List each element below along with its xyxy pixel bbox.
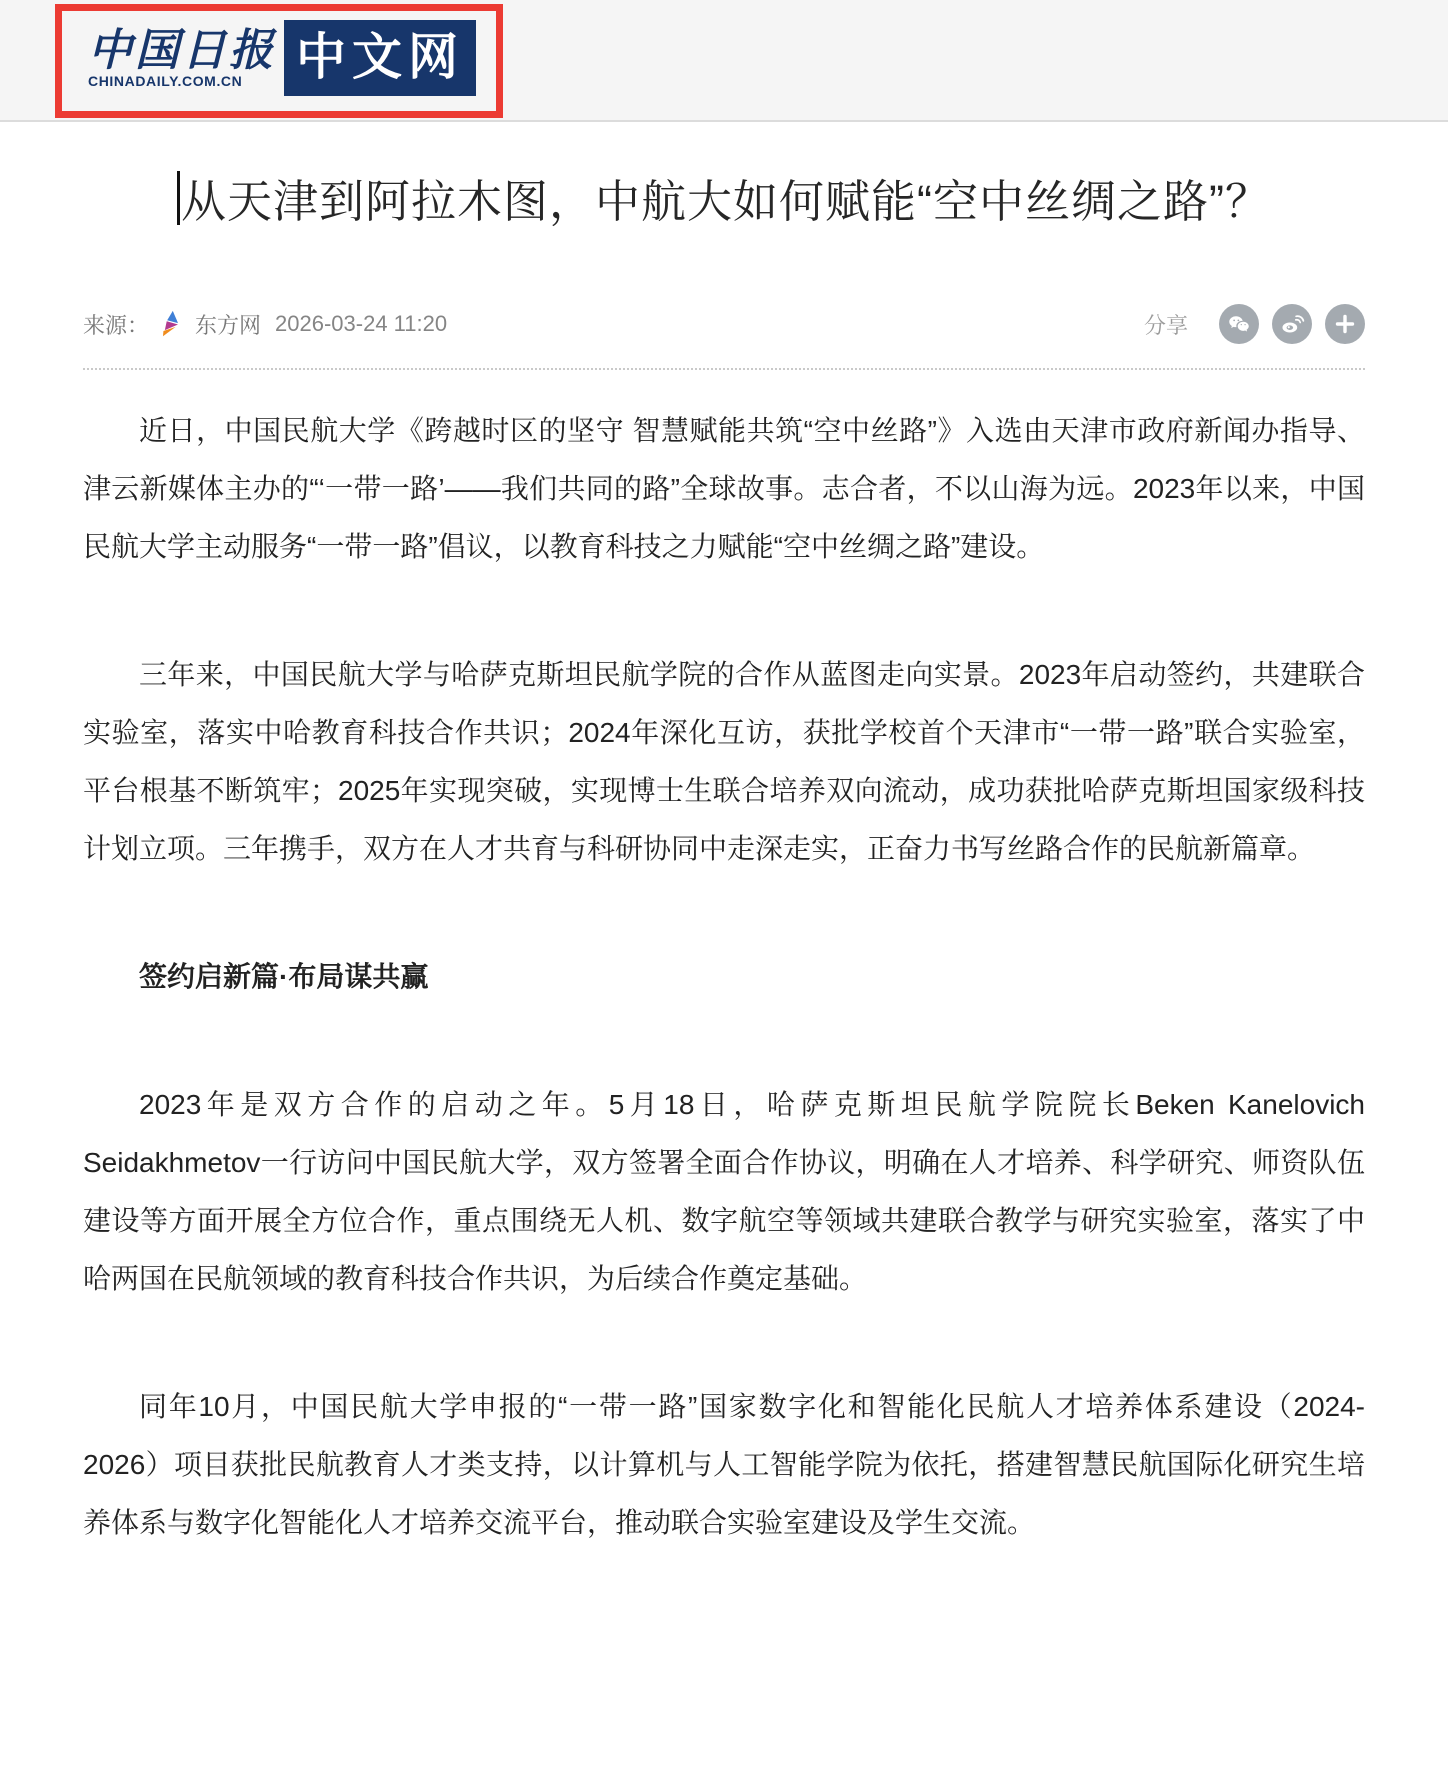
paragraph: 近日，中国民航大学《跨越时区的坚守 智慧赋能共筑“空中丝路”》入选由天津市政府新… — [83, 402, 1365, 576]
article-source: 来源： 东方网 2026-03-24 11:20 — [83, 309, 447, 340]
source-label: 来源： — [83, 309, 149, 340]
text-cursor — [177, 171, 180, 225]
source-name[interactable]: 东方网 — [195, 309, 261, 340]
paragraph: 三年来，中国民航大学与哈萨克斯坦民航学院的合作从蓝图走向实景。2023年启动签约… — [83, 646, 1365, 878]
weibo-icon[interactable] — [1272, 304, 1312, 344]
wechat-icon[interactable] — [1219, 304, 1259, 344]
article-meta-row: 来源： 东方网 2026-03-24 11:20 分享 — [83, 304, 1365, 370]
section-subheading: 签约启新篇·布局谋共赢 — [83, 948, 1365, 1006]
share-toolbar: 分享 — [1144, 304, 1365, 344]
article-body: 近日，中国民航大学《跨越时区的坚守 智慧赋能共筑“空中丝路”》入选由天津市政府新… — [83, 370, 1365, 1552]
share-label: 分享 — [1144, 309, 1188, 340]
site-header: 中国日报 CHINADAILY.COM.CN 中文网 — [0, 0, 1448, 122]
eastday-logo-icon — [155, 309, 185, 339]
paragraph: 同年10月，中国民航大学申报的“一带一路”国家数字化和智能化民航人才培养体系建设… — [83, 1378, 1365, 1552]
paragraph: 2023年是双方合作的启动之年。5月18日，哈萨克斯坦民航学院院长Beken K… — [83, 1076, 1365, 1308]
article-title: 从天津到阿拉木图，中航大如何赋能“空中丝绸之路”？ — [143, 164, 1305, 240]
red-annotation-box — [55, 4, 503, 118]
article-container: 从天津到阿拉木图，中航大如何赋能“空中丝绸之路”？ 来源： 东方网 2026-0… — [83, 164, 1365, 1552]
plus-share-icon[interactable] — [1325, 304, 1365, 344]
article-title-text: 从天津到阿拉木图，中航大如何赋能“空中丝绸之路”？ — [181, 176, 1271, 227]
publish-datetime: 2026-03-24 11:20 — [275, 311, 447, 337]
